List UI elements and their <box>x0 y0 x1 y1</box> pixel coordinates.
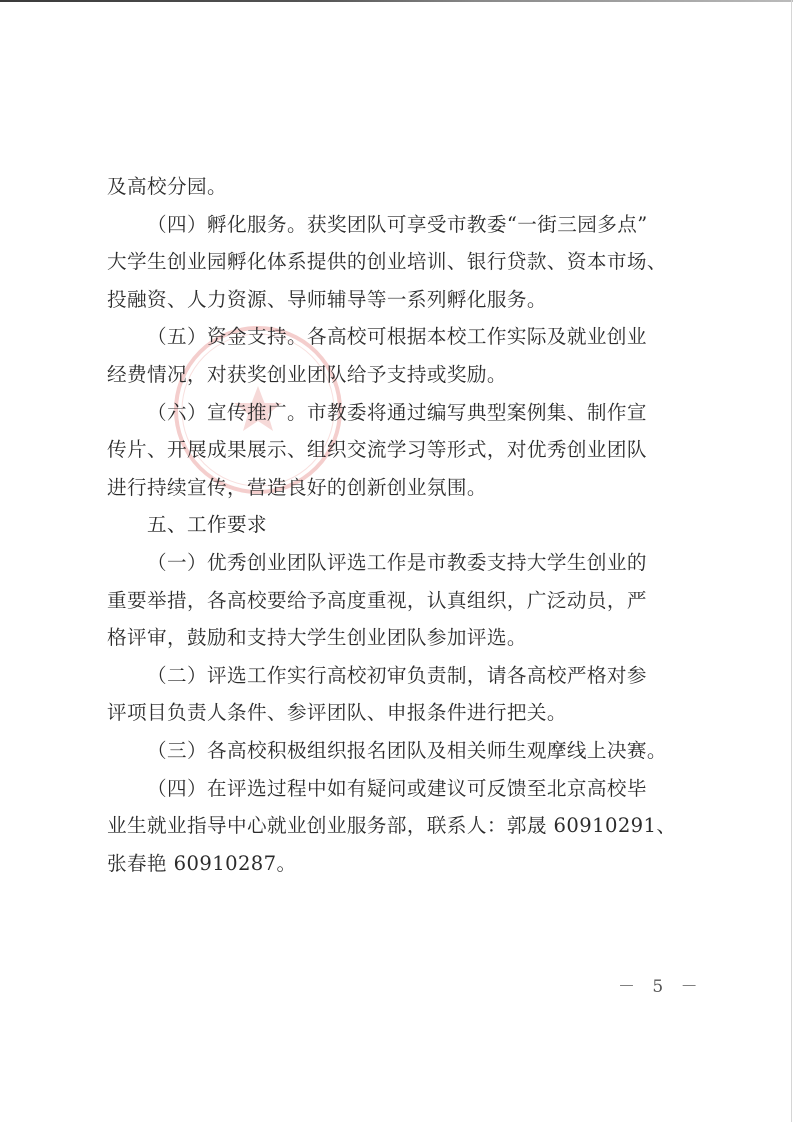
document-page: 及高校分园。 （四）孵化服务。获奖团队可享受市教委“一街三园多点” 大学生创业园… <box>107 168 669 882</box>
funding-support-line: （五）资金支持。各高校可根据本校工作实际及就业创业 <box>107 318 669 356</box>
requirement-4-line: （四）在评选过程中如有疑问或建议可反馈至北京高校毕 <box>107 770 669 808</box>
promotion-line: 传片、开展成果展示、组织交流学习等形式，对优秀创业团队 <box>107 431 669 469</box>
promotion-line: 进行持续宣传，营造良好的创新创业氛围。 <box>107 469 669 507</box>
promotion-line: （六）宣传推广。市教委将通过编写典型案例集、制作宣 <box>107 394 669 432</box>
paragraph-line: 及高校分园。 <box>107 168 669 206</box>
requirement-2-line: 评项目负责人条件、参评团队、申报条件进行把关。 <box>107 694 669 732</box>
requirement-2-line: （二）评选工作实行高校初审负责制，请各高校严格对参 <box>107 657 669 695</box>
section-heading: 五、工作要求 <box>107 506 669 544</box>
requirement-1-line: （一）优秀创业团队评选工作是市教委支持大学生创业的 <box>107 544 669 582</box>
scan-top-edge <box>0 0 793 2</box>
scan-right-edge <box>791 0 792 1122</box>
requirement-4-line: 张春艳 60910287。 <box>107 845 669 883</box>
incubation-service-line: 投融资、人力资源、导师辅导等一系列孵化服务。 <box>107 281 669 319</box>
funding-support-line: 经费情况，对获奖创业团队给予支持或奖励。 <box>107 356 669 394</box>
incubation-service-line: （四）孵化服务。获奖团队可享受市教委“一街三园多点” <box>107 206 669 244</box>
page-number: － 5 － <box>618 972 704 997</box>
requirement-1-line: 重要举措，各高校要给予高度重视，认真组织，广泛动员，严 <box>107 582 669 620</box>
requirement-4-line: 业生就业指导中心就业创业服务部，联系人：郭晟 60910291、 <box>107 807 669 845</box>
requirement-3-line: （三）各高校积极组织报名团队及相关师生观摩线上决赛。 <box>107 732 669 770</box>
incubation-service-line: 大学生创业园孵化体系提供的创业培训、银行贷款、资本市场、 <box>107 243 669 281</box>
requirement-1-line: 格评审，鼓励和支持大学生创业团队参加评选。 <box>107 619 669 657</box>
